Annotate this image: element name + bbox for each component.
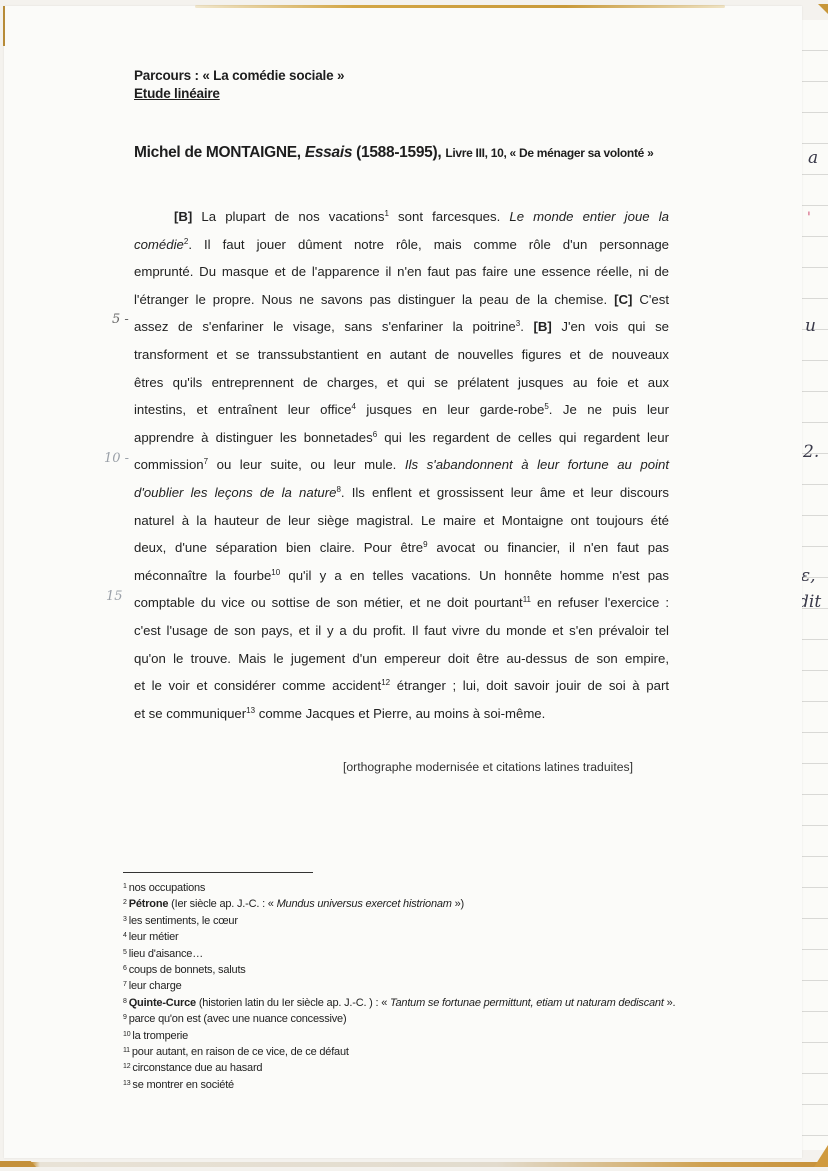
page-edge-shadow [3, 6, 5, 46]
text-line: assez de s'enfariner le visage, sans s'e… [134, 313, 669, 341]
text-line: et le voir et considérer comme accident1… [134, 672, 669, 700]
line-number-5: 5 - [112, 312, 129, 327]
document-title: Michel de MONTAIGNE, Essais (1588-1595),… [134, 144, 653, 162]
excerpt-text: [B] La plupart de nos vacations1 sont fa… [134, 203, 669, 727]
page-corner [0, 1161, 36, 1167]
text-line: naturel à la hauteur de leur siège magis… [134, 507, 669, 535]
handwriting-mark: a [808, 148, 818, 168]
text-line: apprendre à distinguer les bonnetades6 q… [134, 424, 669, 452]
footnote: 2Pétrone (Ier siècle ap. J.-C. : « Mundu… [123, 896, 683, 912]
document-header: Parcours : « La comédie sociale » Etude … [134, 68, 344, 101]
footnote: 3les sentiments, le cœur [123, 913, 683, 929]
work-reference: Livre III, 10, « De ménager sa volonté » [445, 146, 653, 160]
footnotes: 1nos occupations 2Pétrone (Ier siècle ap… [123, 880, 683, 1093]
page-edge-shadow [0, 1162, 828, 1167]
handwriting-mark: ' [807, 210, 811, 226]
text-line: qu'on le trouve. Mais le jugement d'un e… [134, 645, 669, 673]
work-title: Essais [305, 144, 352, 161]
notebook-page-edge: a ' u 2. ɛ, dit [800, 20, 828, 1150]
footnote: 6coups de bonnets, saluts [123, 962, 683, 978]
parcours-label: Parcours : « La comédie sociale » [134, 68, 344, 83]
editorial-note: [orthographe modernisée et citations lat… [343, 760, 633, 774]
footnote-divider [123, 872, 313, 873]
work-dates: (1588-1595), [356, 144, 441, 161]
text-line: commission7 ou leur suite, ou leur mule.… [134, 451, 669, 479]
text-line: deux, d'une séparation bien claire. Pour… [134, 534, 669, 562]
footnote: 9parce qu'on est (avec une nuance conces… [123, 1011, 683, 1027]
text-line: comédie2. Il faut jouer dûment notre rôl… [134, 231, 669, 259]
footnote: 1nos occupations [123, 880, 683, 896]
text-line: intestins, et entraînent leur office4 ju… [134, 396, 669, 424]
page-corner [814, 1145, 828, 1167]
footnote: 5lieu d'aisance… [123, 946, 683, 962]
handwriting-mark: u [805, 316, 816, 336]
text-line: emprunté. Du masque et de l'apparence il… [134, 258, 669, 286]
handwriting-mark: ɛ, [801, 566, 816, 586]
text-line: c'est l'usage de son pays, et il y a du … [134, 617, 669, 645]
etude-label: Etude linéaire [134, 86, 344, 101]
author: Michel de MONTAIGNE, [134, 144, 301, 161]
text-line: et se communiquer13 comme Jacques et Pie… [134, 700, 669, 728]
footnote: 11pour autant, en raison de ce vice, de … [123, 1044, 683, 1060]
footnote: 8Quinte-Curce (historien latin du Ier si… [123, 995, 683, 1011]
handwriting-mark: 2. [803, 442, 819, 462]
text-line: l'étranger le propre. Nous ne savons pas… [134, 286, 669, 314]
text-line: [B] La plupart de nos vacations1 sont fa… [134, 203, 669, 231]
footnote: 13se montrer en société [123, 1077, 683, 1093]
page-edge-shadow [195, 5, 725, 8]
footnote: 12circonstance due au hasard [123, 1060, 683, 1076]
footnote: 7leur charge [123, 978, 683, 994]
text-line: êtres qu'ils entreprennent de charges, e… [134, 369, 669, 397]
footnote: 10la tromperie [123, 1028, 683, 1044]
page-corner [818, 4, 828, 14]
line-number-15: 15 [106, 589, 123, 604]
text-line: transforment et se transsubstantient en … [134, 341, 669, 369]
text-line: méconnaître la fourbe10 qu'il y a en tel… [134, 562, 669, 590]
line-number-10: 10 - [104, 451, 129, 466]
text-line: comptable du vice ou sottise de son méti… [134, 589, 669, 617]
text-line: d'oublier les leçons de la nature8. Ils … [134, 479, 669, 507]
footnote: 4leur métier [123, 929, 683, 945]
